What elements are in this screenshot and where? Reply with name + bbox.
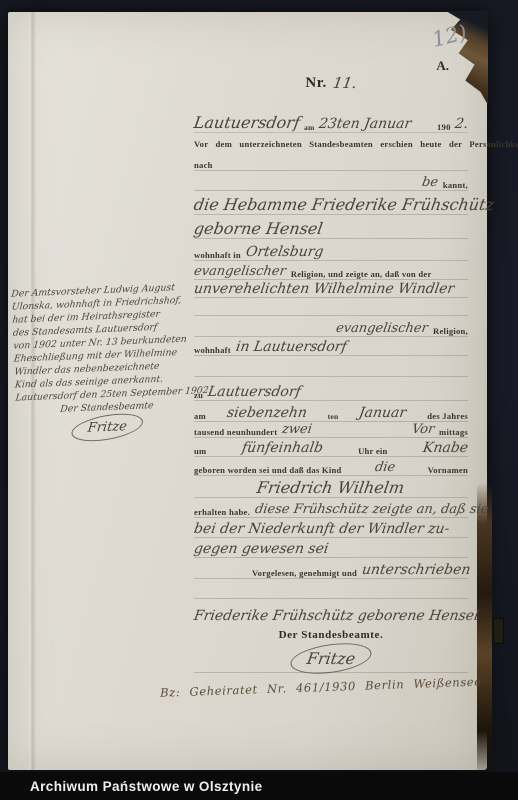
handwritten-entry: geborne Hensel xyxy=(192,219,324,238)
form-line-erhalten: erhalten habe. diese Frühschütz zeigte a… xyxy=(194,498,468,518)
daytime-group: Vor mittags xyxy=(412,422,468,437)
form-blank-line-3 xyxy=(194,579,468,599)
marriage-reference-note: Bz: Geheiratet Nr. 461/1930 Berlin Weiße… xyxy=(160,672,490,702)
archival-photo: 12) A. Nr. 11. Lautuersdorf am 23ten Jan… xyxy=(0,0,518,800)
handwritten-entry: Lautuersdorf xyxy=(207,384,302,400)
form-line-bekannt: be kannt, xyxy=(194,171,468,191)
handwritten-entry: evangelischer xyxy=(335,321,429,336)
form-blank-line-4 xyxy=(194,653,468,673)
handwritten-entry: diese Frühschütz zeigte an, daß sie xyxy=(254,502,490,517)
handwritten-entry: bei der Niederkunft der Windler zu- xyxy=(193,521,451,537)
record-number-value: 11. xyxy=(331,74,358,92)
printed-text: mittags xyxy=(439,427,468,437)
book-clasp xyxy=(493,618,504,644)
form-blank-line-2 xyxy=(194,357,468,377)
form-line-birthplace: zu Lautuersdorf xyxy=(194,381,468,401)
printed-text: Religion, xyxy=(433,326,468,336)
declarant-signature: Friederike Frühschütz geborene Hensel xyxy=(193,608,480,624)
section-letter: A. xyxy=(436,58,449,74)
form-line-religion-2: evangelischer Religion, xyxy=(194,317,468,337)
registrar-title: Der Standesbeamte. xyxy=(194,629,468,641)
form-line-birthyear: tausend neunhundert zwei Vor mittags xyxy=(194,418,468,438)
form-line-geboren: geboren worden sei und daß das Kind die … xyxy=(194,456,468,476)
record-number-label: Nr. xyxy=(305,75,326,92)
handwritten-entry: Knabe xyxy=(422,440,470,456)
margin-acknowledgment-note: Der Amtsvorsteher Ludwig August Ulonska,… xyxy=(11,280,199,439)
handwritten-entry: zwei xyxy=(281,422,313,437)
record-number-row: Nr. 11. xyxy=(194,74,468,92)
form-line-declarant-2: geborne Hensel xyxy=(194,219,468,239)
printed-text: nach xyxy=(194,160,213,170)
printed-text: tausend neunhundert xyxy=(194,427,277,437)
form-line-residence-1: wohnhaft in Ortelsburg xyxy=(194,241,468,261)
handwritten-entry: unterschrieben xyxy=(361,562,472,578)
printed-text: kannt, xyxy=(443,180,468,190)
form-line-child-names: Friedrich Wilhelm xyxy=(194,478,468,498)
form-blank-line-1 xyxy=(194,296,468,316)
place-date-row: Lautuersdorf am 23ten Januar 190 2. xyxy=(194,104,468,133)
year-group: tausend neunhundert zwei xyxy=(194,422,312,437)
handwritten-entry: be xyxy=(421,175,439,190)
form-line-witness-2: bei der Niederkunft der Windler zu- xyxy=(194,518,468,538)
declarant-signature-row: Friederike Frühschütz geborene Hensel xyxy=(194,605,468,624)
margin-signature-row: Fritze xyxy=(16,414,199,439)
form-line-birthtime: um fünfeinhalb Uhr ein Knabe xyxy=(194,437,468,457)
register-page: 12) A. Nr. 11. Lautuersdorf am 23ten Jan… xyxy=(8,12,487,770)
form-line-mother: unverehelichten Wilhelmine Windler xyxy=(194,278,468,298)
form-intro-line-2: nach xyxy=(194,151,468,171)
form-line-religion-1: evangelischer Religion, und zeigte an, d… xyxy=(194,260,468,280)
printed-label: wohnhaft in xyxy=(194,250,241,260)
form-line-witness-3: gegen gewesen sei xyxy=(194,538,468,558)
handwritten-entry: Vor xyxy=(411,422,436,437)
printed-text: Vorgelesen, genehmigt und xyxy=(252,568,357,578)
handwritten-entry: Friedrich Wilhelm xyxy=(256,478,406,497)
printed-text: erhalten habe. xyxy=(194,507,250,517)
printed-text: Vornamen xyxy=(428,465,468,475)
handwritten-entry: evangelischer xyxy=(193,264,287,279)
handwritten-entry: die xyxy=(373,460,396,475)
printed-label: um xyxy=(194,446,206,456)
worn-spine-edge xyxy=(477,482,492,778)
handwritten-note: Bz: Geheiratet Nr. 461/1930 Berlin Weiße… xyxy=(160,675,482,700)
form-line-residence-2: wohnhaft in Lautuersdorf xyxy=(194,336,468,356)
handwritten-entry: gegen gewesen sei xyxy=(193,541,330,557)
form-line-declarant-1: die Hebamme Friederike Frühschütz xyxy=(194,195,468,215)
handwritten-entry: in Lautuersdorf xyxy=(235,339,348,355)
archive-watermark-bar: Archiwum Państwowe w Olsztynie xyxy=(0,772,518,800)
printed-label: wohnhaft xyxy=(194,345,231,355)
handwritten-entry: die Hebamme Friederike Frühschütz xyxy=(192,195,495,214)
printed-text: geboren worden sei und daß das Kind xyxy=(194,465,342,475)
archive-watermark-text: Archiwum Państwowe w Olsztynie xyxy=(30,779,263,794)
handwritten-entry: Ortelsburg xyxy=(245,244,325,260)
printed-text: Vor dem unterzeichneten Standesbeamten e… xyxy=(194,139,518,149)
handwritten-entry: fünfeinhalb xyxy=(240,440,324,456)
form-intro-line-1: Vor dem unterzeichneten Standesbeamten e… xyxy=(194,130,468,149)
form-line-vorgelesen: Vorgelesen, genehmigt und unterschrieben xyxy=(194,559,468,579)
margin-signature: Fritze xyxy=(87,419,128,436)
handwritten-entry: unverehelichten Wilhelmine Windler xyxy=(193,281,456,297)
printed-text: Uhr ein xyxy=(358,446,388,456)
